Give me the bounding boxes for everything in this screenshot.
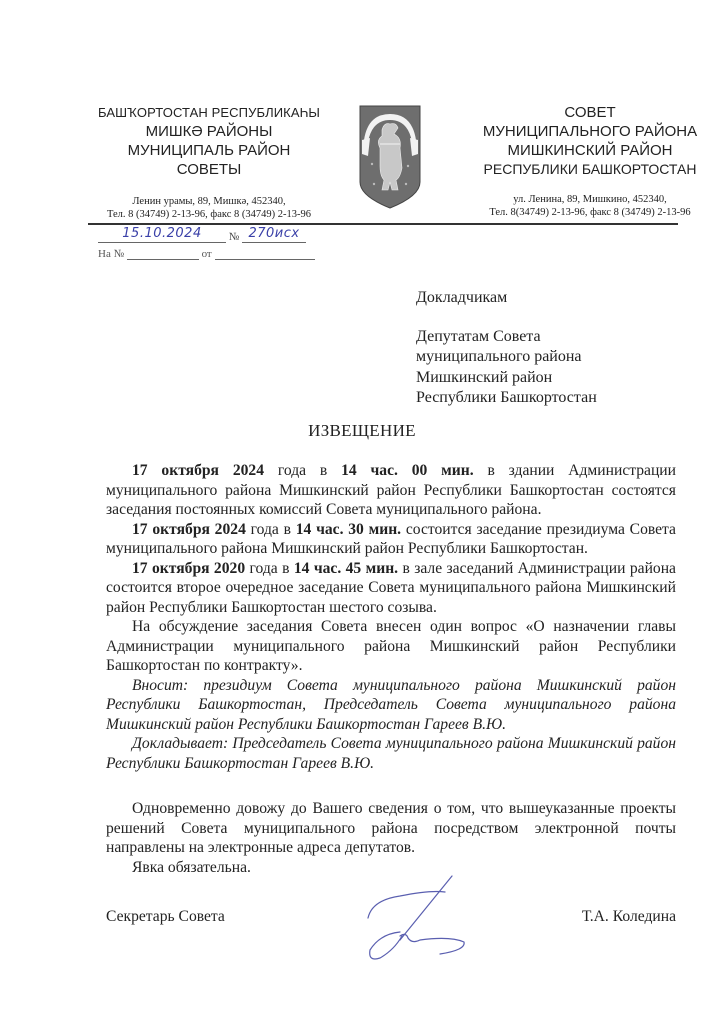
registration-number: 270исх [242,226,306,241]
header-right-line-3: МИШКИНСКИЙ РАЙОН [470,141,710,160]
paragraph-agenda: На обсуждение заседания Совета внесен од… [106,617,676,676]
header-left-address: Ленин урамы, 89, Мишкә, 452340, Тел. 8 (… [84,195,334,221]
header-right-line-1: СОВЕТ [470,103,710,122]
p2-date: 17 октября 2024 [132,521,246,538]
document-body: 17 октября 2024 года в 14 час. 00 мин. в… [106,461,676,877]
paragraph-notice: Одновременно довожу до Вашего сведения о… [106,799,676,858]
document-title: ИЗВЕЩЕНИЕ [0,421,724,441]
p2-text-1: года в [246,521,296,538]
registration-row: 15.10.2024 № 270исх [98,228,306,243]
p3-date: 17 октября 2020 [132,560,245,577]
addressee-line-3: муниципального района [416,347,597,368]
registration-date-field: 15.10.2024 [98,228,226,243]
header-right-street: ул. Ленина, 89, Мишкино, 452340, [470,193,710,206]
p2-time: 14 час. 30 мин. [296,521,401,538]
p1-text-1: года в [264,462,341,479]
paragraph-3: 17 октября 2020 года в 14 час. 45 мин. в… [106,559,676,618]
p3-time: 14 час. 45 мин. [294,560,398,577]
header-right-address: ул. Ленина, 89, Мишкино, 452340, Тел. 8(… [470,193,710,219]
header-left-block: БАШҠОРТОСТАН РЕСПУБЛИКАҺЫ МИШКӘ РАЙОНЫ М… [84,103,334,221]
header-right-line-4: РЕСПУБЛИКИ БАШКОРТОСТАН [470,160,710,179]
header-right-phone: Тел. 8(34749) 2-13-96, факс 8 (34749) 2-… [470,206,710,219]
p1-date: 17 октября 2024 [132,462,264,479]
reference-from-label: от [202,248,212,260]
signatory-position: Секретарь Совета [106,908,225,926]
addressee-block: Докладчикам Депутатам Совета муниципальн… [416,288,597,409]
header-divider [88,223,678,225]
header-left-phone: Тел. 8 (34749) 2-13-96, факс 8 (34749) 2… [84,208,334,221]
handwritten-signature-icon [360,870,490,970]
signatory-name: Т.А. Коледина [582,908,676,926]
header-left-line-4: СОВЕТЫ [84,160,334,179]
paragraph-submitted-by: Вносит: президиум Совета муниципального … [106,676,676,735]
reference-number-field [127,249,199,260]
header-right-block: СОВЕТ МУНИЦИПАЛЬНОГО РАЙОНА МИШКИНСКИЙ Р… [470,103,710,219]
registration-number-label: № [229,231,240,243]
addressee-line-2: Депутатам Совета [416,327,597,348]
addressee-line-5: Республики Башкортостан [416,388,597,409]
registration-number-field: 270исх [242,228,306,243]
reference-row: На № от [98,248,315,260]
paragraph-speaker: Докладывает: Председатель Совета муницип… [106,734,676,773]
paragraph-1: 17 октября 2024 года в 14 час. 00 мин. в… [106,461,676,520]
coat-of-arms-icon [358,104,422,212]
header-left-line-3: МУНИЦИПАЛЬ РАЙОН [84,141,334,160]
header-left-line-2: МИШКӘ РАЙОНЫ [84,122,334,141]
p3-text-1: года в [245,560,294,577]
addressee-line-1: Докладчикам [416,288,597,309]
p1-time: 14 час. 00 мин. [341,462,474,479]
reference-number-label: На № [98,248,124,260]
reference-date-field [215,249,315,260]
header-right-line-2: МУНИЦИПАЛЬНОГО РАЙОНА [470,122,710,141]
paragraph-2: 17 октября 2024 года в 14 час. 30 мин. с… [106,520,676,559]
addressee-line-4: Мишкинский район [416,368,597,389]
header-left-line-1: БАШҠОРТОСТАН РЕСПУБЛИКАҺЫ [84,103,334,122]
header-left-street: Ленин урамы, 89, Мишкә, 452340, [84,195,334,208]
registration-date: 15.10.2024 [98,226,226,241]
